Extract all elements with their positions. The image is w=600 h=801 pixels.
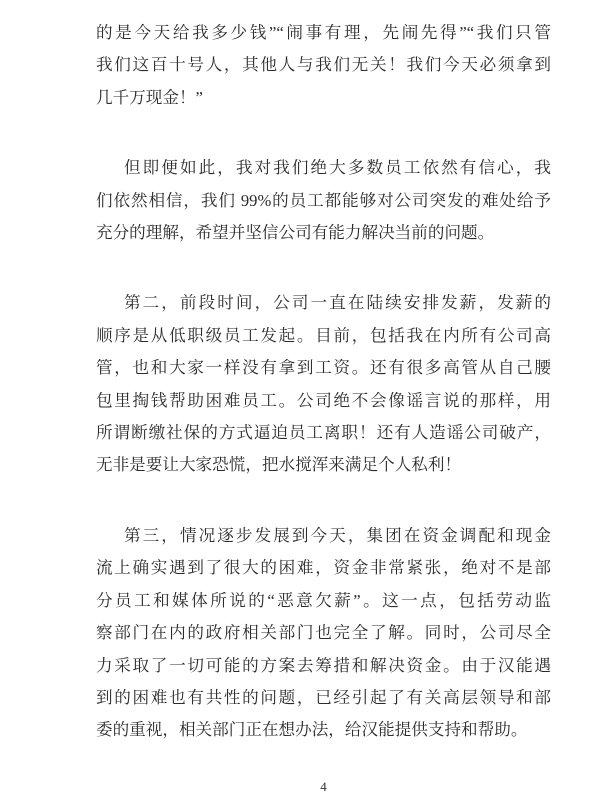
paragraph: 第三，情况逐步发展到今天，集团在资金调配和现金流上确实遇到了很大的困难，资金非常… [96, 520, 551, 747]
text-line: 第二，前段时间，公司一直在陆续安排发薪，发薪的 [96, 287, 551, 319]
text-line: 管，也和大家一样没有拿到工资。还有很多高管从自己腰 [96, 352, 551, 384]
text-line: 到的困难也有共性的问题，已经引起了有关高层领导和部 [96, 682, 551, 714]
text-line: 我们这百十号人，其他人与我们无关！我们今天必须拿到 [96, 49, 551, 81]
text-line: 们依然相信，我们 99%的员工都能够对公司突发的难处给予 [96, 185, 551, 217]
text-line: 无非是要让大家恐慌，把水搅浑来满足个人私利！ [96, 449, 551, 481]
text-line: 的是今天给我多少钱”“闹事有理，先闹先得”“我们只管 [96, 17, 551, 49]
paragraph: 第二，前段时间，公司一直在陆续安排发薪，发薪的顺序是从低职级员工发起。目前，包括… [96, 287, 551, 481]
text-line: 第三，情况逐步发展到今天，集团在资金调配和现金 [96, 520, 551, 552]
text-line: 但即便如此，我对我们绝大多数员工依然有信心，我 [96, 152, 551, 184]
paragraph: 但即便如此，我对我们绝大多数员工依然有信心，我们依然相信，我们 99%的员工都能… [96, 152, 551, 249]
paragraphs-container: 的是今天给我多少钱”“闹事有理，先闹先得”“我们只管我们这百十号人，其他人与我们… [96, 17, 551, 785]
text-line: 流上确实遇到了很大的困难，资金非常紧张，绝对不是部 [96, 552, 551, 584]
text-line: 充分的理解，希望并坚信公司有能力解决当前的问题。 [96, 217, 551, 249]
document-page: 的是今天给我多少钱”“闹事有理，先闹先得”“我们只管我们这百十号人，其他人与我们… [0, 0, 600, 801]
text-line: 几千万现金！” [96, 82, 551, 114]
text-line: 包里掏钱帮助困难员工。公司绝不会像谣言说的那样，用 [96, 385, 551, 417]
text-line: 力采取了一切可能的方案去筹措和解决资金。由于汉能遇 [96, 650, 551, 682]
text-line: 所谓断缴社保的方式逼迫员工离职！还有人造谣公司破产， [96, 417, 551, 449]
text-line: 分员工和媒体所说的“恶意欠薪”。这一点，包括劳动监 [96, 585, 551, 617]
text-line: 顺序是从低职级员工发起。目前，包括我在内所有公司高 [96, 320, 551, 352]
text-line: 委的重视，相关部门正在想办法，给汉能提供支持和帮助。 [96, 714, 551, 746]
text-line: 察部门在内的政府相关部门也完全了解。同时，公司尽全 [96, 617, 551, 649]
paragraph: 的是今天给我多少钱”“闹事有理，先闹先得”“我们只管我们这百十号人，其他人与我们… [96, 17, 551, 114]
page-number: 4 [96, 779, 551, 795]
